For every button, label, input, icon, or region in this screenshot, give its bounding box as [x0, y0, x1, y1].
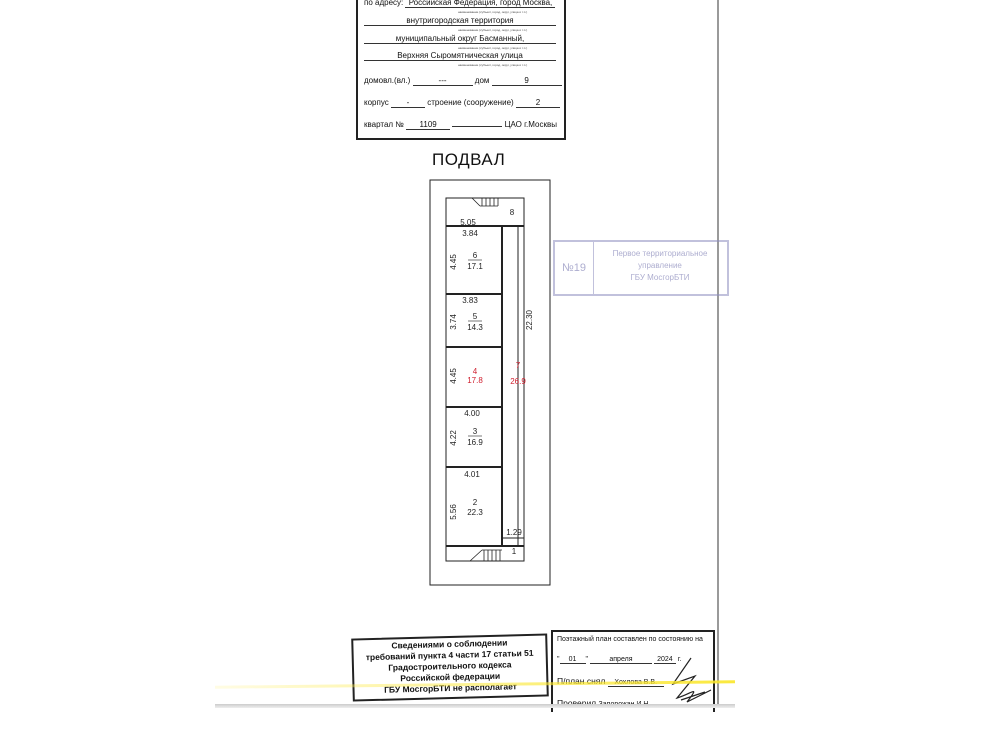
- plan-info-block: Поэтажный план составлен по состоянию на…: [551, 630, 715, 712]
- dim-r4-height: 4.45: [449, 368, 458, 384]
- district: ЦАО г.Москвы: [505, 120, 557, 129]
- dim-r3-height: 4.22: [449, 430, 458, 446]
- domovl-value: ---: [413, 76, 473, 86]
- plan-month: апреля: [590, 656, 652, 664]
- room-6-area: 17.1: [467, 262, 483, 271]
- page-border-right: [717, 0, 719, 706]
- address-line-2: внутригородская территория: [364, 16, 556, 26]
- room-7-area: 26.9: [510, 377, 526, 386]
- room-5-area: 14.3: [467, 323, 483, 332]
- kvartal-value: 1109: [406, 120, 450, 130]
- bti-stamp: №19 Первое территориальное управление ГБ…: [553, 240, 729, 296]
- address-line-3: муниципальный округ Басманный,: [364, 34, 556, 44]
- dim-r3-width: 4.00: [464, 409, 480, 418]
- floor-title: ПОДВАЛ: [432, 150, 505, 170]
- address-label: по адресу:: [364, 0, 403, 7]
- dim-r6-width: 3.84: [462, 229, 478, 238]
- kvartal-label: квартал №: [364, 120, 404, 129]
- hint-text: наименование (субъект, город, округ, ули…: [458, 46, 527, 50]
- dim-corridor-length: 22.30: [525, 309, 534, 330]
- room-4-area: 17.8: [467, 376, 483, 385]
- room-4-label: 4: [473, 367, 478, 376]
- room-7-label: 7: [516, 361, 521, 370]
- room-3-label: 3: [473, 427, 478, 436]
- dim-r5-height: 3.74: [449, 314, 458, 330]
- dom-label: дом: [475, 76, 490, 85]
- korpus-label: корпус: [364, 98, 389, 107]
- stamp-org-line-1: Первое территориальное: [595, 248, 725, 260]
- korpus-value: -: [391, 98, 425, 108]
- stamp-org-line-3: ГБУ МосгорБТИ: [595, 272, 725, 284]
- address-block: по адресу: Российская Федерация, город М…: [356, 0, 566, 140]
- stroenie-value: 2: [516, 98, 560, 108]
- dim-top-width: 5.05: [460, 218, 476, 227]
- room-1-label: 1: [512, 547, 517, 556]
- hint-text: наименование (субъект, город, округ, ули…: [458, 28, 527, 32]
- stamp-number: №19: [555, 242, 594, 294]
- room-2-label: 2: [473, 498, 478, 507]
- stroenie-label: строение (сооружение): [427, 98, 513, 107]
- plan-day: 01: [560, 656, 586, 664]
- dim-r5-width: 3.83: [462, 296, 478, 305]
- address-line-4: Верхняя Сыромятническая улица: [364, 51, 556, 61]
- compliance-notice: Сведениями о соблюдении требований пункт…: [351, 633, 549, 701]
- room-3-area: 16.9: [467, 438, 483, 447]
- blank-line: [452, 126, 502, 127]
- stamp-org-line-2: управление: [595, 260, 725, 272]
- room-5-label: 5: [473, 312, 478, 321]
- dim-r1-width: 1.29: [506, 528, 522, 537]
- room-6-label: 6: [473, 251, 478, 260]
- plan-info-title: Поэтажный план составлен по состоянию на: [557, 636, 703, 643]
- hint-text: наименование (субъект, город, округ, ули…: [458, 10, 527, 14]
- dim-r2-width: 4.01: [464, 470, 480, 479]
- dim-r6-height: 4.45: [449, 254, 458, 270]
- address-line-1: Российская Федерация, город Москва,: [405, 0, 555, 8]
- domovl-label: домовл.(вл.): [364, 76, 410, 85]
- room-8-label: 8: [510, 208, 515, 217]
- page-edge: [215, 704, 735, 708]
- hint-text: наименование (субъект, город, округ, ули…: [458, 63, 527, 67]
- floor-plan: 8 5.05 3.84 6 17.1 4.45 3.83 5 14.3 3.74…: [420, 170, 560, 590]
- room-2-area: 22.3: [467, 508, 483, 517]
- dim-r2-height: 5.56: [449, 504, 458, 520]
- dom-value: 9: [492, 76, 562, 86]
